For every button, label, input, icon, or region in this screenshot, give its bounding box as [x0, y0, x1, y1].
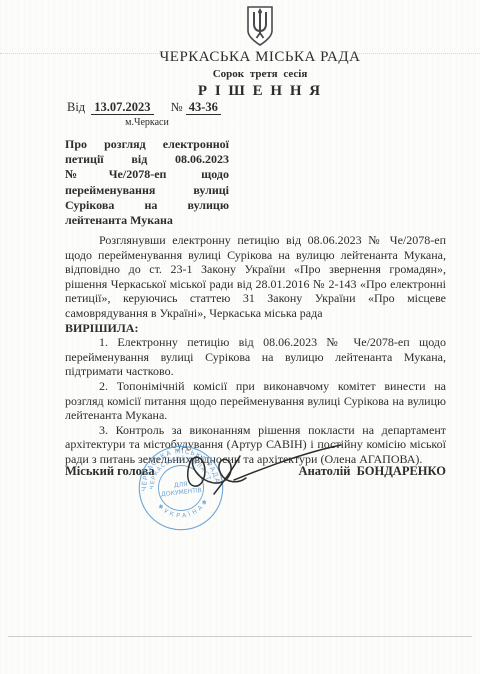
- council-name: ЧЕРКАСЬКА МІСЬКА РАДА: [70, 49, 450, 66]
- document-header: ЧЕРКАСЬКА МІСЬКА РАДА Сорок третя сесія …: [70, 5, 450, 100]
- from-label: Від: [67, 100, 85, 114]
- resolution-item: 1. Електронну петицію від 08.06.2023 № Ч…: [65, 335, 446, 379]
- number-label: №: [171, 100, 183, 114]
- handwritten-signature: [178, 436, 348, 496]
- resolved-label: ВИРІШИЛА:: [65, 321, 446, 336]
- document-body: Розглянувши електронну петицію від 08.06…: [65, 233, 446, 467]
- session-title: Сорок третя сесія: [70, 68, 450, 80]
- scanned-decision-document: ЧЕРКАСЬКА МІСЬКА РАДА Сорок третя сесія …: [0, 0, 480, 674]
- document-date: 13.07.2023: [91, 100, 153, 115]
- document-place: м.Черкаси: [112, 117, 182, 128]
- document-type-title: Р І Ш Е Н Н Я: [70, 83, 450, 100]
- ukraine-coat-of-arms-icon: [245, 5, 275, 47]
- preamble-paragraph: Розглянувши електронну петицію від 08.06…: [65, 233, 446, 321]
- document-number: 43-36: [186, 100, 221, 115]
- scan-artifact-line-bottom: [8, 636, 472, 637]
- subject-block: Про розгляд електронної петиції від 08.0…: [65, 137, 229, 228]
- document-meta: Від 13.07.2023 № 43-36: [67, 100, 221, 115]
- resolution-item: 2. Топонімічній комісії при виконавчому …: [65, 379, 446, 423]
